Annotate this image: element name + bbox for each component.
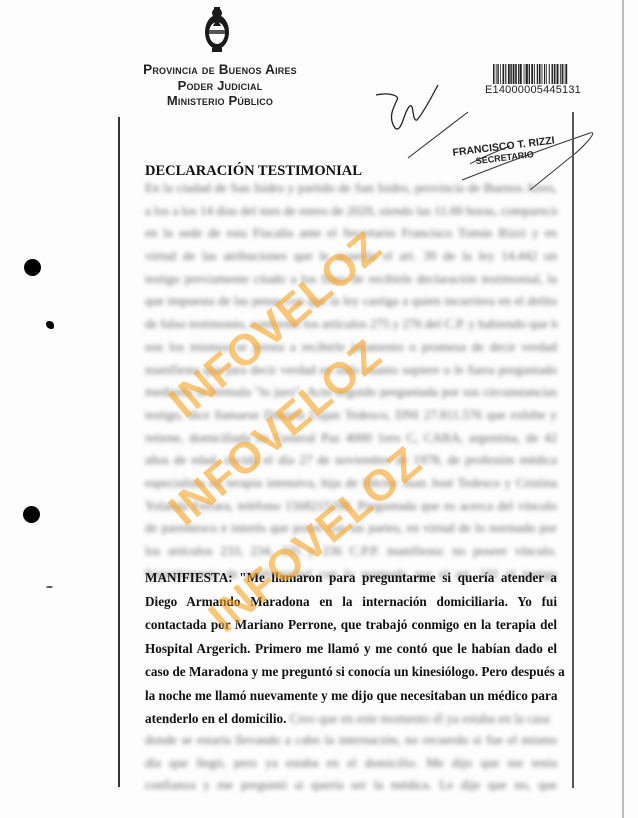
initials-signature bbox=[376, 85, 438, 129]
redacted-line: Yolanda Ferrara, teléfono 1568215298. Pr… bbox=[145, 495, 557, 518]
redacted-line: de falso testimonio, conforme los artícu… bbox=[145, 313, 557, 336]
redacted-line: En la ciudad de San Isidro y partido de … bbox=[145, 177, 557, 200]
redacted-line: años de edad, nacida el día 27 de noviem… bbox=[145, 449, 557, 472]
ink-speck bbox=[46, 321, 54, 329]
redacted-line: retiene, domiciliada en General Paz 4000… bbox=[145, 427, 557, 450]
header-ministry: Ministerio Público bbox=[130, 93, 310, 108]
page-edge bbox=[622, 0, 624, 818]
ink-speck bbox=[46, 586, 53, 588]
testimony-line: contactada por Mariano Perrone, que trab… bbox=[145, 613, 557, 637]
right-margin-line bbox=[572, 112, 574, 788]
redacted-line: testigo, dice llamarse Daniela Lujan Ted… bbox=[145, 404, 557, 427]
header-province: Provincia de Buenos Aires bbox=[130, 62, 310, 77]
redacted-line: son los mismos se presta a recibirle jur… bbox=[145, 336, 557, 359]
left-margin-line bbox=[118, 117, 120, 787]
redacted-line: donde se estaría llevando a cabo la inte… bbox=[145, 729, 557, 752]
testimony-paragraph: MANIFIESTA: "Me llamaron para preguntarm… bbox=[145, 566, 557, 731]
redacted-line: en la sede de esta Fiscalía ante el Secr… bbox=[145, 222, 557, 245]
redacted-line: que impuesta de las penas con que la ley… bbox=[145, 290, 557, 313]
barcode-icon bbox=[493, 64, 567, 84]
testimony-line: MANIFIESTA: "Me llamaron para preguntarm… bbox=[145, 566, 557, 590]
coat-of-arms-icon bbox=[202, 4, 232, 54]
testimony-line: Diego Armando Maradona en la internación… bbox=[145, 590, 557, 614]
hole-punch-mark bbox=[23, 506, 40, 523]
secretary-stamp: FRANCISCO T. RIZZI SECRETARIO bbox=[452, 135, 557, 169]
redacted-line: confianza y me preguntó si quería ser la… bbox=[145, 774, 557, 797]
testimony-line: la noche me llamó nuevamente y me dijo q… bbox=[145, 684, 557, 708]
redacted-line: los artículos 233, 234, 235 y 236 C.P.P.… bbox=[145, 540, 557, 563]
redacted-trailing-paragraph: donde se estaría llevando a cabo la inte… bbox=[145, 729, 557, 797]
testimony-line: Hospital Argerich. Primero me llamó y me… bbox=[145, 637, 557, 661]
hole-punch-mark bbox=[24, 259, 41, 276]
redacted-line: a los a los 14 días del mes de enero de … bbox=[145, 200, 557, 223]
scanned-page: Provincia de Buenos Aires Poder Judicial… bbox=[0, 0, 638, 818]
redacted-line: virtud de las atribuciones que le acuerd… bbox=[145, 245, 557, 268]
redacted-line: mediante la fórmula "lo juro". Acto segu… bbox=[145, 381, 557, 404]
redacted-line: manifiesta que jura decir verdad en todo… bbox=[145, 359, 557, 382]
barcode-number: E14000005445131 bbox=[485, 84, 581, 96]
header-judicial: Poder Judicial bbox=[130, 78, 310, 93]
redacted-paragraph: En la ciudad de San Isidro y partido de … bbox=[145, 177, 557, 585]
redacted-line: de parentesco e interés que posee con la… bbox=[145, 517, 557, 540]
redacted-line: especialista en terapia intensiva, hija … bbox=[145, 472, 557, 495]
testimony-line: atenderlo en el domicilio. Creo que en e… bbox=[145, 707, 557, 731]
redacted-line: testigo previamente citado a los fines d… bbox=[145, 268, 557, 291]
testimony-line: caso de Maradona y me preguntó si conocí… bbox=[145, 660, 557, 684]
redacted-line: día que llegó, pero ya estaba en el domi… bbox=[145, 752, 557, 775]
redacted-text: Creo que en este momento él ya estaba en… bbox=[290, 711, 550, 726]
